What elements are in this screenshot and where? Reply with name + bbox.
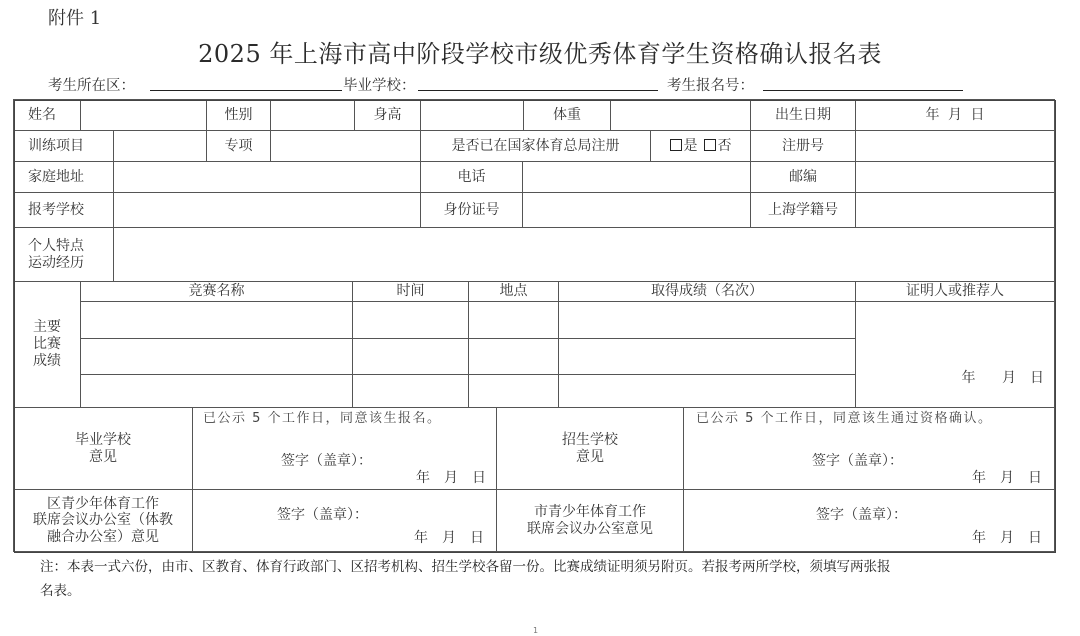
specialty-input[interactable] <box>270 130 421 162</box>
admit-school-sign-label: 签字（盖章）： <box>812 453 903 470</box>
comp-row-1-location[interactable] <box>468 301 559 339</box>
referee-date: 年 月 日 <box>962 370 1044 387</box>
col-location: 地点 <box>468 281 559 302</box>
form-title: 2025 年上海市高中阶段学校市级优秀体育学生资格确认报名表 <box>0 34 1080 69</box>
district-office-date: 年 月 日 <box>414 530 484 547</box>
comp-row-2-time[interactable] <box>352 338 469 375</box>
checkbox-icon[interactable] <box>704 139 716 151</box>
note-line-2: 名表。 <box>40 579 1040 603</box>
registered-options: 是 否 <box>650 130 751 162</box>
id-input[interactable] <box>522 192 751 228</box>
reg-no-input-line[interactable] <box>763 90 963 91</box>
dob-label: 出生日期 <box>750 99 856 131</box>
admit-school-opinion-text: 已公示 5 个工作日，同意该生通过资格确认。 <box>696 411 993 427</box>
features-input[interactable] <box>113 227 1055 282</box>
phone-label: 电话 <box>420 161 523 193</box>
height-input[interactable] <box>420 99 524 131</box>
col-referee: 证明人或推荐人 <box>855 281 1055 302</box>
comp-row-3-name[interactable] <box>80 374 353 408</box>
postcode-input[interactable] <box>855 161 1055 193</box>
admit-school-opinion-label: 招生学校 意见 <box>496 407 684 490</box>
school-field: 毕业学校： <box>343 74 416 95</box>
competitions-label: 主要 比赛 成绩 <box>13 281 81 408</box>
reg-no-label: 注册号 <box>750 130 856 162</box>
comp-row-1-name[interactable] <box>80 301 353 339</box>
apply-school-input[interactable] <box>113 192 421 228</box>
city-office-opinion-label: 市青少年体育工作 联席会议办公室意见 <box>496 489 684 552</box>
district-label: 考生所在区： <box>48 78 135 94</box>
col-result: 取得成绩（名次） <box>558 281 856 302</box>
page-number: 1 <box>533 626 538 635</box>
grad-school-date: 年 月 日 <box>416 470 486 487</box>
address-label: 家庭地址 <box>13 161 114 193</box>
grad-school-sign-label: 签字（盖章）： <box>281 453 372 470</box>
height-label: 身高 <box>354 99 421 131</box>
district-office-opinion-box[interactable]: 签字（盖章）： 年 月 日 <box>192 489 497 552</box>
reg-no-field: 考生报名号： <box>667 74 754 95</box>
grad-school-opinion-label: 毕业学校 意见 <box>13 407 193 490</box>
grad-school-opinion-text: 已公示 5 个工作日，同意该生报名。 <box>203 411 442 427</box>
district-input-line[interactable] <box>150 90 342 91</box>
training-input[interactable] <box>113 130 207 162</box>
col-competition-name: 竞赛名称 <box>80 281 353 302</box>
training-label: 训练项目 <box>13 130 114 162</box>
dob-input[interactable]: 年 月 日 <box>855 99 1055 131</box>
comp-row-3-time[interactable] <box>352 374 469 408</box>
option-yes[interactable]: 是 <box>670 138 698 155</box>
reg-no-label: 考生报名号： <box>667 78 754 94</box>
school-input-line[interactable] <box>418 90 658 91</box>
weight-label: 体重 <box>523 99 611 131</box>
note-line-1: 注：本表一式六份，由市、区教育、体育行政部门、区招考机构、招生学校各留一份。比赛… <box>40 555 1040 579</box>
admit-school-opinion-box[interactable]: 已公示 5 个工作日，同意该生通过资格确认。 签字（盖章）： 年 月 日 <box>683 407 1055 490</box>
phone-input[interactable] <box>522 161 751 193</box>
registered-question: 是否已在国家体育总局注册 <box>420 130 651 162</box>
district-office-opinion-label: 区青少年体育工作 联席会议办公室（体教 融合办公室）意见 <box>13 489 193 552</box>
col-time: 时间 <box>352 281 469 302</box>
name-input[interactable] <box>80 99 207 131</box>
gender-label: 性别 <box>206 99 271 131</box>
city-office-date: 年 月 日 <box>972 530 1042 547</box>
comp-row-2-result[interactable] <box>558 338 856 375</box>
school-label: 毕业学校： <box>343 78 416 94</box>
id-label: 身份证号 <box>420 192 523 228</box>
sh-student-no-label: 上海学籍号 <box>750 192 856 228</box>
name-label: 姓名 <box>13 99 81 131</box>
district-field: 考生所在区： <box>48 74 135 95</box>
referee-input[interactable]: 年 月 日 <box>855 301 1055 408</box>
address-input[interactable] <box>113 161 421 193</box>
gender-input[interactable] <box>270 99 355 131</box>
comp-row-1-result[interactable] <box>558 301 856 339</box>
postcode-label: 邮编 <box>750 161 856 193</box>
city-office-sign-label: 签字（盖章）： <box>816 507 907 524</box>
district-office-sign-label: 签字（盖章）： <box>277 507 368 524</box>
comp-row-2-location[interactable] <box>468 338 559 375</box>
comp-row-2-name[interactable] <box>80 338 353 375</box>
comp-row-1-time[interactable] <box>352 301 469 339</box>
comp-row-3-location[interactable] <box>468 374 559 408</box>
features-label: 个人特点 运动经历 <box>13 227 114 282</box>
option-no[interactable]: 否 <box>704 138 732 155</box>
apply-school-label: 报考学校 <box>13 192 114 228</box>
weight-input[interactable] <box>610 99 751 131</box>
reg-no-input[interactable] <box>855 130 1055 162</box>
grad-school-opinion-box[interactable]: 已公示 5 个工作日，同意该生报名。 签字（盖章）： 年 月 日 <box>192 407 497 490</box>
admit-school-date: 年 月 日 <box>972 470 1042 487</box>
specialty-label: 专项 <box>206 130 271 162</box>
city-office-opinion-box[interactable]: 签字（盖章）： 年 月 日 <box>683 489 1055 552</box>
checkbox-icon[interactable] <box>670 139 682 151</box>
footer-note: 注：本表一式六份，由市、区教育、体育行政部门、区招考机构、招生学校各留一份。比赛… <box>40 555 1040 603</box>
comp-row-3-result[interactable] <box>558 374 856 408</box>
sh-student-no-input[interactable] <box>855 192 1055 228</box>
attachment-label: 附件 1 <box>48 4 101 30</box>
